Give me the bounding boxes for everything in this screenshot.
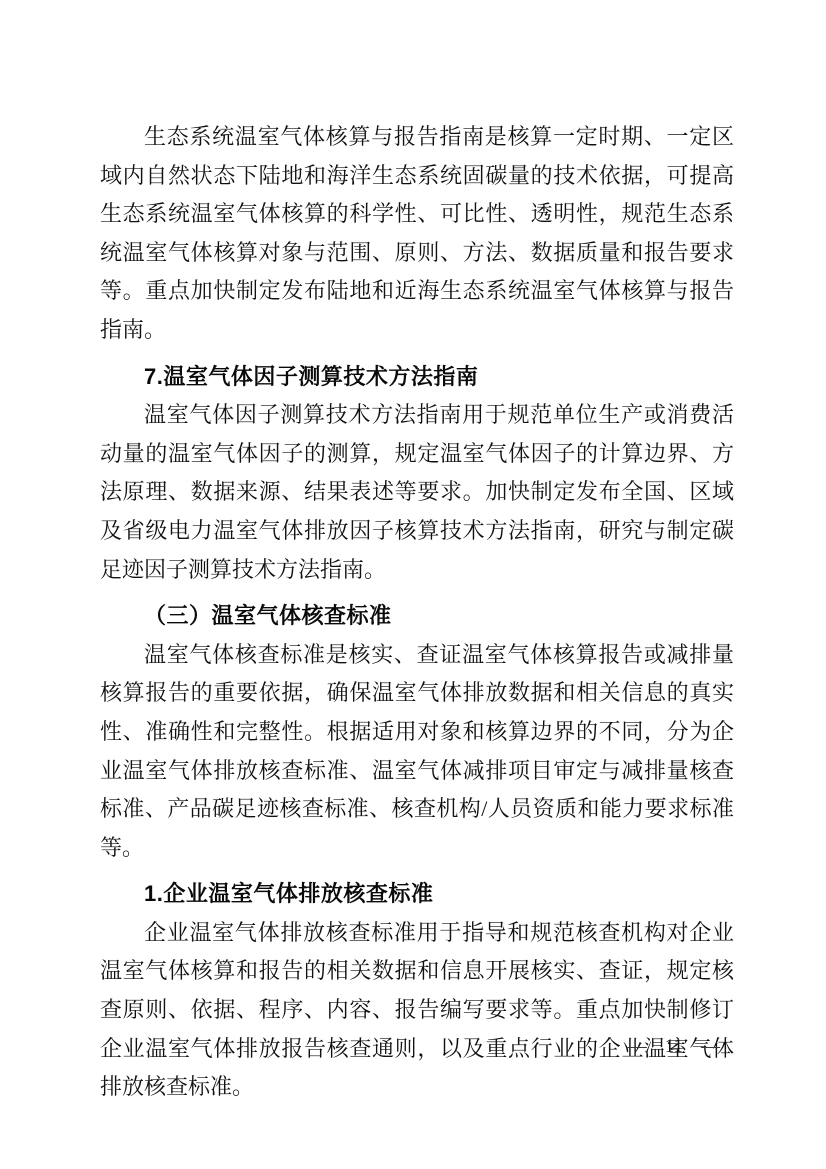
document-page: 生态系统温室气体核算与报告指南是核算一定时期、一定区域内自然状态下陆地和海洋生态…	[0, 0, 826, 1169]
section-heading-3-ghg-verification-standards: （三）温室气体核查标准	[100, 597, 734, 636]
paragraph-ghg-verification-standards: 温室气体核查标准是核实、查证温室气体核算报告或减排量核算报告的重要依据，确保温室…	[100, 636, 734, 868]
page-number: 11	[665, 1036, 683, 1058]
page-content: 生态系统温室气体核算与报告指南是核算一定时期、一定区域内自然状态下陆地和海洋生态…	[100, 118, 734, 1107]
paragraph-ecosystem-accounting-guide: 生态系统温室气体核算与报告指南是核算一定时期、一定区域内自然状态下陆地和海洋生态…	[100, 118, 734, 350]
paragraph-enterprise-emission-verification: 企业温室气体排放核查标准用于指导和规范核查机构对企业温室气体核算和报告的相关数据…	[100, 914, 734, 1107]
footer-dash-left: —	[628, 1036, 647, 1058]
section-heading-1-enterprise-emission-verification: 1.企业温室气体排放核查标准	[100, 875, 734, 914]
section-heading-7-ghg-factor-measurement-guide: 7.温室气体因子测算技术方法指南	[100, 358, 734, 397]
footer-dash-right: —	[701, 1036, 720, 1058]
page-footer: — 11 —	[628, 1036, 720, 1058]
paragraph-ghg-factor-measurement: 温室气体因子测算技术方法指南用于规范单位生产或消费活动量的温室气体因子的测算，规…	[100, 396, 734, 589]
